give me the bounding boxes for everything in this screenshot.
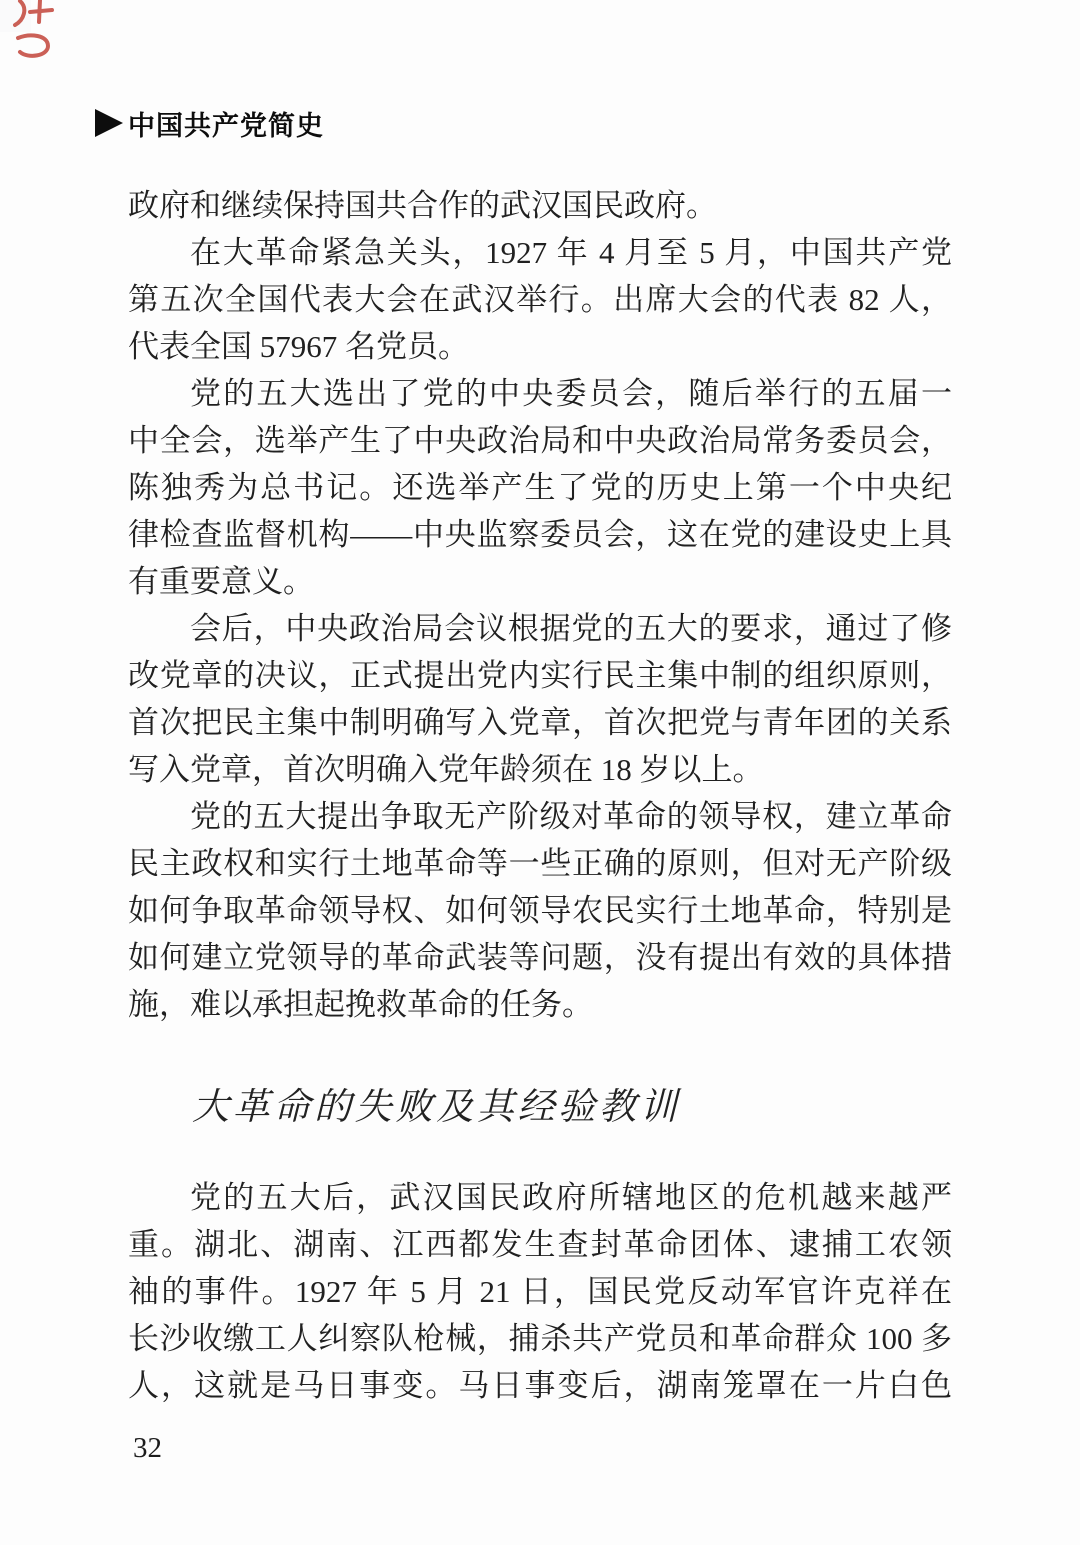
text-line: 中全会，选举产生了中央政治局和中央政治局常务委员会， <box>128 417 952 464</box>
text-line: 袖的事件。1927 年 5 月 21 日，国民党反动军官许克祥在 <box>128 1268 952 1315</box>
text-line: 民主政权和实行土地革命等一些正确的原则，但对无产阶级 <box>128 840 952 887</box>
paragraph: 党的五大选出了党的中央委员会，随后举行的五届一中全会，选举产生了中央政治局和中央… <box>128 370 952 605</box>
text-line: 代表全国 57967 名党员。 <box>128 323 952 370</box>
paragraph: 会后，中央政治局会议根据党的五大的要求，通过了修改党章的决议，正式提出党内实行民… <box>128 605 952 793</box>
running-header: 中国共产党简史 <box>95 106 324 140</box>
text-line: 长沙收缴工人纠察队枪械，捕杀共产党员和革命群众 100 多 <box>128 1315 952 1362</box>
text-line: 有重要意义。 <box>128 558 952 605</box>
paragraph: 党的五大后，武汉国民政府所辖地区的危机越来越严重。湖北、湖南、江西都发生查封革命… <box>128 1174 952 1409</box>
section-heading: 大革命的失败及其经验教训 <box>128 1078 952 1138</box>
text-line: 施，难以承担起挽救革命的任务。 <box>128 981 952 1028</box>
text-line: 党的五大后，武汉国民政府所辖地区的危机越来越严 <box>128 1174 952 1221</box>
text-line: 陈独秀为总书记。还选举产生了党的历史上第一个中央纪 <box>128 464 952 511</box>
paragraph: 政府和继续保持国共合作的武汉国民政府。 <box>128 182 952 229</box>
book-title: 中国共产党简史 <box>128 104 324 143</box>
text-line: 政府和继续保持国共合作的武汉国民政府。 <box>128 182 952 229</box>
text-line: 写入党章，首次明确入党年龄须在 18 岁以上。 <box>128 746 952 793</box>
text-line: 如何争取革命领导权、如何领导农民实行土地革命，特别是 <box>128 887 952 934</box>
page-body: 政府和继续保持国共合作的武汉国民政府。在大革命紧急关头，1927 年 4 月至 … <box>128 182 952 1409</box>
page-number: 32 <box>133 1432 162 1465</box>
text-line: 会后，中央政治局会议根据党的五大的要求，通过了修 <box>128 605 952 652</box>
text-line: 如何建立党领导的革命武装等问题，没有提出有效的具体措 <box>128 934 952 981</box>
text-line: 律检查监督机构——中央监察委员会，这在党的建设史上具 <box>128 511 952 558</box>
text-line: 改党章的决议，正式提出党内实行民主集中制的组织原则， <box>128 652 952 699</box>
text-line: 党的五大选出了党的中央委员会，随后举行的五届一 <box>128 370 952 417</box>
text-line: 第五次全国代表大会在武汉举行。出席大会的代表 82 人， <box>128 276 952 323</box>
red-ink-annotation-icon <box>8 0 64 62</box>
text-line: 重。湖北、湖南、江西都发生查封革命团体、逮捕工农领 <box>128 1221 952 1268</box>
text-line: 在大革命紧急关头，1927 年 4 月至 5 月，中国共产党 <box>128 229 952 276</box>
text-line: 党的五大提出争取无产阶级对革命的领导权，建立革命 <box>128 793 952 840</box>
right-triangle-icon <box>95 109 123 137</box>
text-line: 人，这就是马日事变。马日事变后，湖南笼罩在一片白色 <box>128 1362 952 1409</box>
paragraph: 党的五大提出争取无产阶级对革命的领导权，建立革命民主政权和实行土地革命等一些正确… <box>128 793 952 1028</box>
text-line: 首次把民主集中制明确写入党章，首次把党与青年团的关系 <box>128 699 952 746</box>
paragraph: 在大革命紧急关头，1927 年 4 月至 5 月，中国共产党第五次全国代表大会在… <box>128 229 952 370</box>
book-page: 中国共产党简史 政府和继续保持国共合作的武汉国民政府。在大革命紧急关头，1927… <box>0 0 1080 1545</box>
